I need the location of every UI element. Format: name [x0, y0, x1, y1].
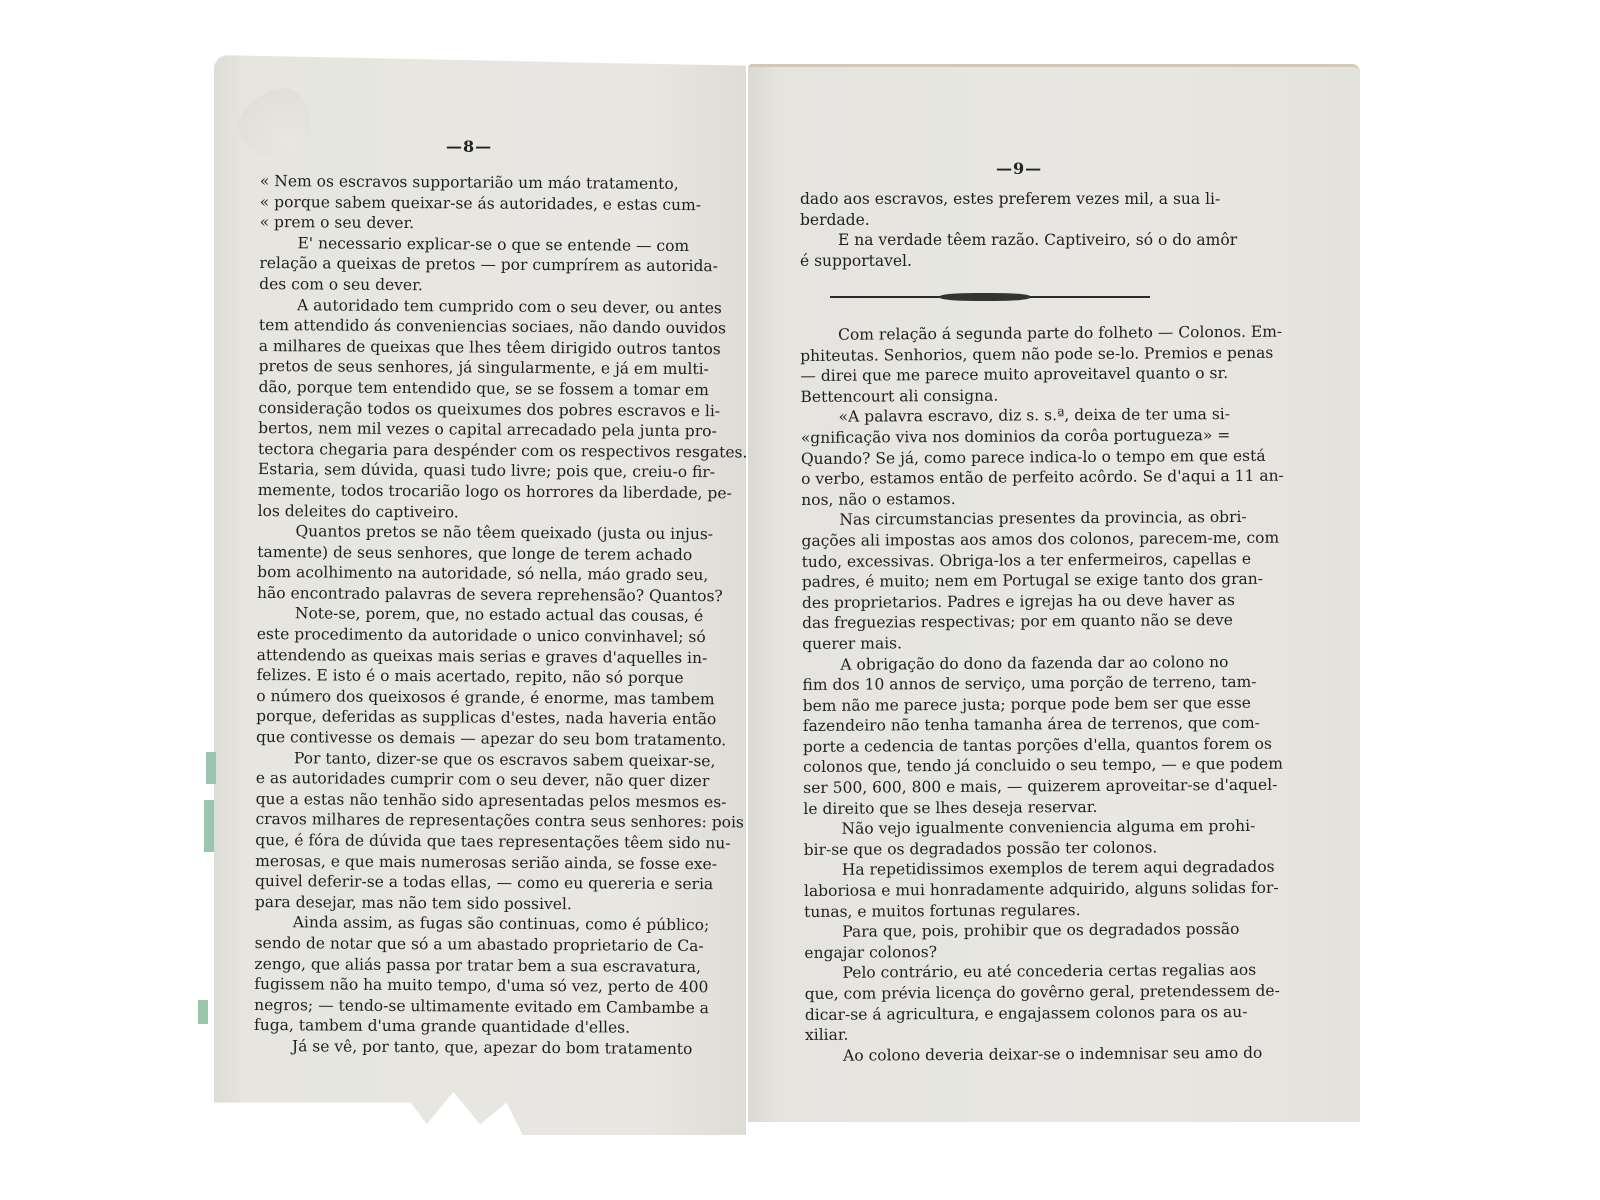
text-line: berdade.: [800, 210, 1310, 231]
text-line: memente, todos trocarião logo os horrore…: [258, 480, 728, 504]
right-page-text: Com relação á segunda parte do folheto —…: [800, 321, 1315, 1066]
text-line: laboriosa e mui honradamente adquirido, …: [804, 877, 1314, 901]
text-line: « Nem os escravos supportarião um máo tr…: [260, 171, 730, 195]
text-line: este procedimento da autoridade o unico …: [257, 624, 727, 648]
text-line: quivel deferir-se a todas ellas, — como …: [255, 871, 725, 895]
text-line: dicar-se á agricultura, e engajassem col…: [805, 1001, 1315, 1025]
text-line: des com o seu dever.: [259, 274, 729, 298]
page-number-right: —9—: [996, 159, 1042, 178]
text-line: fugissem não ha muito tempo, d'uma só ve…: [254, 974, 724, 998]
open-book-spread: —8— « Nem os escravos supportarião um má…: [0, 0, 1600, 1200]
text-line: é supportavel.: [800, 251, 1310, 272]
text-line: Não vejo igualmente conveniencia alguma …: [803, 816, 1313, 840]
text-line: o verbo, estamos então de perfeito acôrd…: [801, 466, 1311, 490]
text-line: Quantos pretos se não têem queixado (jus…: [257, 521, 727, 545]
bookmark-tab: [206, 752, 216, 784]
bookmark-tab: [198, 1000, 208, 1024]
text-line: que, é fóra de dúvida que taes represent…: [255, 830, 725, 854]
text-line: que contivesse os demais — apezar do seu…: [256, 727, 726, 751]
text-line: ser 500, 600, 800 e mais, — quizerem apr…: [803, 774, 1313, 798]
text-line: bertos, nem mil vezes o capital arrecada…: [258, 418, 728, 442]
text-line: gações ali impostas aos amos dos colonos…: [801, 527, 1311, 551]
shell-emboss-icon: [238, 85, 310, 157]
text-line: phiteutas. Senhorios, quem não pode se-l…: [800, 342, 1310, 366]
text-line: « prem o seu dever.: [260, 212, 730, 236]
text-line: dado aos escravos, estes preferem vezes …: [800, 189, 1310, 210]
text-line: sendo de notar que só a um abastado prop…: [255, 933, 725, 957]
bookmark-tab: [204, 800, 214, 852]
page-number-left: —8—: [446, 137, 492, 156]
right-page-continuation: dado aos escravos, estes preferem vezes …: [800, 189, 1310, 271]
text-line: Ao colono deveria deixar-se o indemnisar…: [805, 1042, 1315, 1066]
text-line: Para que, pois, prohibir que os degradad…: [804, 919, 1314, 943]
text-line: Já se vê, por tanto, que, apezar do bom …: [254, 1036, 724, 1060]
left-page: —8— « Nem os escravos supportarião um má…: [214, 55, 746, 1135]
text-line: padres, é muito; nem em Portugal se exig…: [802, 569, 1312, 593]
section-divider-ornament: [830, 293, 1150, 301]
right-page: —9— dado aos escravos, estes preferem ve…: [748, 64, 1360, 1122]
text-line: tem attendido ás conveniencias sociaes, …: [259, 315, 729, 339]
text-line: E na verdade têem razão. Captiveiro, só …: [800, 230, 1310, 251]
text-line: dão, porque tem entendido que, se se fos…: [258, 377, 728, 401]
left-page-text: « Nem os escravos supportarião um máo tr…: [254, 171, 730, 1060]
